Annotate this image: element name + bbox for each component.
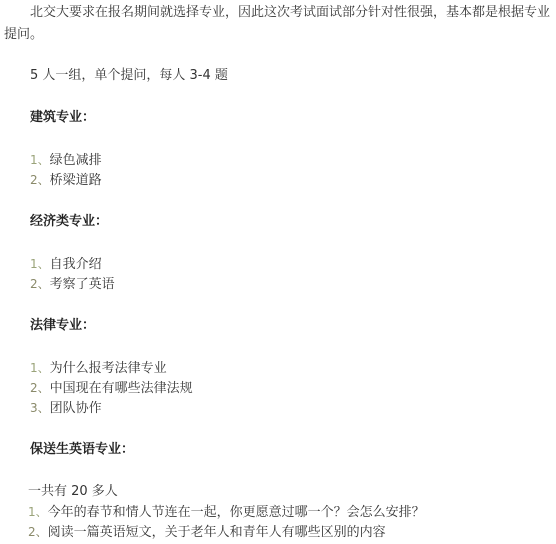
item-text: 阅读一篇英语短文，关于老年人和青年人有哪些区别的内容 bbox=[48, 525, 386, 540]
item-text: 中国现在有哪些法律法规 bbox=[50, 381, 193, 396]
item-text: 今年的春节和情人节连在一起，你更愿意过哪一个？会怎么安排？ bbox=[48, 505, 425, 520]
item-number: 2、 bbox=[30, 381, 50, 395]
list-item: 1、绿色减排 bbox=[30, 150, 102, 171]
item-number: 1、 bbox=[28, 505, 48, 519]
item-number: 2、 bbox=[30, 277, 50, 291]
item-number: 2、 bbox=[30, 173, 50, 187]
item-text: 自我介绍 bbox=[50, 257, 102, 272]
list-item: 3、团队协作 bbox=[30, 398, 102, 419]
item-number: 1、 bbox=[30, 361, 50, 375]
list-item: 1、自我介绍 bbox=[30, 254, 102, 275]
section-note: 一共有 20 多人 bbox=[28, 482, 118, 502]
item-number: 2、 bbox=[28, 525, 48, 539]
section-heading-english-recommended: 保送生英语专业： bbox=[30, 440, 134, 460]
item-text: 为什么报考法律专业 bbox=[50, 361, 167, 376]
item-text: 桥梁道路 bbox=[50, 173, 102, 188]
item-text: 绿色减排 bbox=[50, 153, 102, 168]
list-item: 1、今年的春节和情人节连在一起，你更愿意过哪一个？会怎么安排？ bbox=[28, 502, 425, 523]
list-item: 2、中国现在有哪些法律法规 bbox=[30, 378, 193, 399]
list-item: 2、桥梁道路 bbox=[30, 170, 102, 191]
intro-paragraph: 北交大要求在报名期间就选择专业，因此这次考试面试部分针对性很强，基本都是根据专业… bbox=[4, 2, 556, 46]
list-item: 1、为什么报考法律专业 bbox=[30, 358, 167, 379]
section-heading-architecture: 建筑专业： bbox=[30, 108, 95, 128]
section-heading-economics: 经济类专业： bbox=[30, 212, 108, 232]
item-text: 考察了英语 bbox=[50, 277, 115, 292]
list-item: 2、阅读一篇英语短文，关于老年人和青年人有哪些区别的内容 bbox=[28, 522, 386, 543]
item-number: 1、 bbox=[30, 153, 50, 167]
item-number: 1、 bbox=[30, 257, 50, 271]
item-text: 团队协作 bbox=[50, 401, 102, 416]
list-item: 2、考察了英语 bbox=[30, 274, 115, 295]
format-note: 5 人一组，单个提问，每人 3-4 题 bbox=[30, 66, 228, 86]
item-number: 3、 bbox=[30, 401, 50, 415]
section-heading-law: 法律专业： bbox=[30, 316, 95, 336]
